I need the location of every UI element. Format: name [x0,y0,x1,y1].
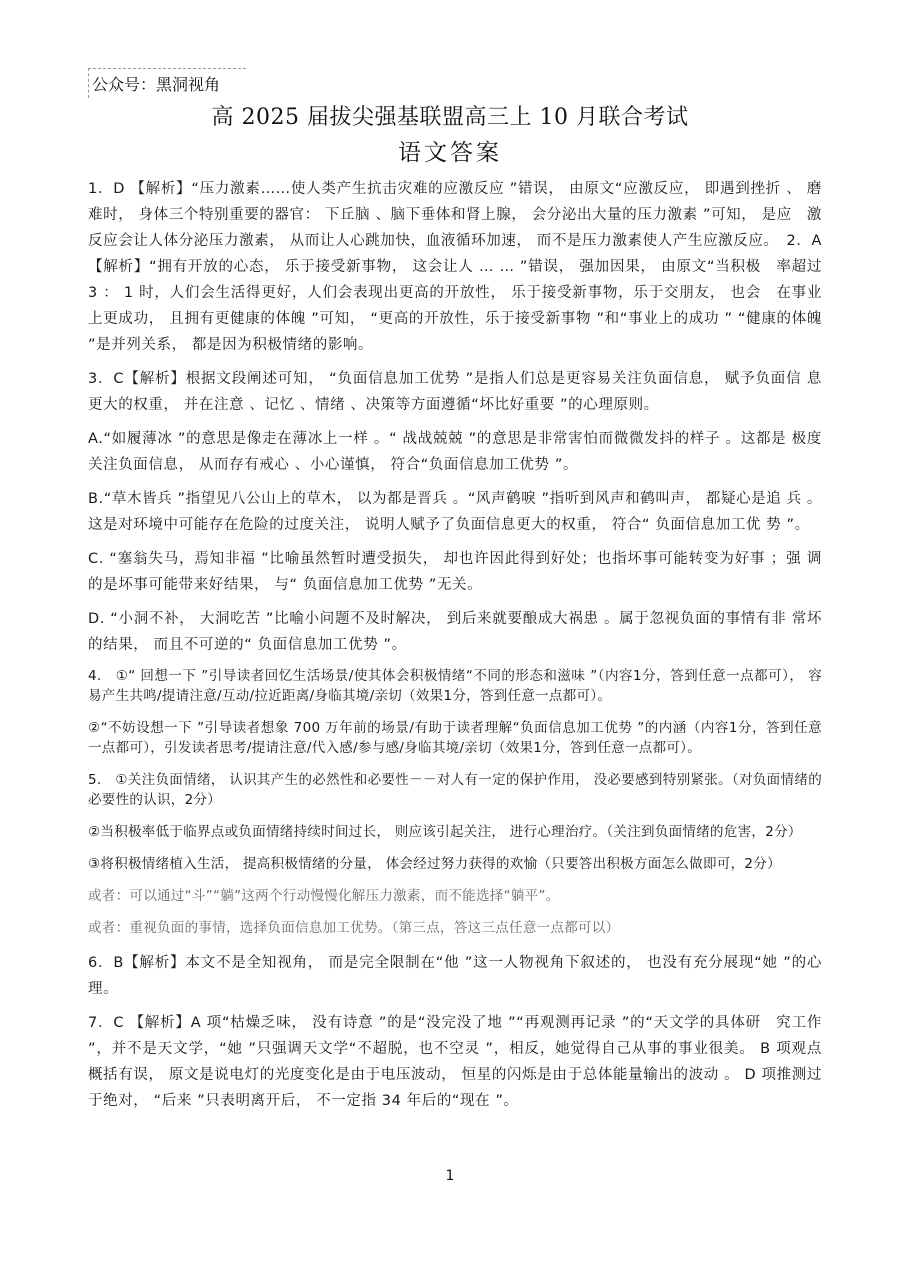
exam-title: 高 2025 届拔尖强基联盟高三上 10 月联合考试 [0,100,900,131]
answer-q3-option-a: A.“如履薄冰 ”的意思是像走在薄冰上一样 。“ 战战兢兢 ”的意思是非常害怕而… [88,426,822,478]
answer-q3-option-d: D. “小洞不补， 大洞吃苦 ”比喻小问题不及时解决， 到后来就要酿成大祸患 。… [88,606,822,658]
answer-q5-point-2: ②当积极率低于临界点或负面情绪持续时间过长， 则应该引起关注， 进行心理治疗。（… [88,822,822,842]
answer-content: 1．D 【解析】“压力激素……使人类产生抗击灾难的应激反应 ”错误， 由原文“应… [88,176,822,1122]
answer-q5-point-1: 5. ①关注负面情绪， 认识其产生的必然性和必要性－－对人有一定的保护作用， 没… [88,770,822,810]
page-number: 1 [0,1168,900,1184]
answer-q3: 3．C【解析】根据文段阐述可知， “负面信息加工优势 ”是指人们总是更容易关注负… [88,366,822,418]
answer-q4-point-1: 4. ①“ 回想一下 ”引导读者回忆生活场景/使其体会积极情绪“不同的形态和滋味… [88,666,822,706]
answer-q5-alternative-1: 或者：可以通过“斗”“躺”这两个行动慢慢化解压力激素，而不能选择“躺平”。 [88,886,822,906]
answer-q5-alternative-2: 或者：重视负面的事情，选择负面信息加工优势。（第三点，答这三点任意一点都可以） [88,918,822,938]
answer-q1-q2: 1．D 【解析】“压力激素……使人类产生抗击灾难的应激反应 ”错误， 由原文“应… [88,176,822,358]
answer-q3-option-c: C. “塞翁失马，焉知非福 ”比喻虽然暂时遭受损失， 却也许因此得到好处；也指坏… [88,546,822,598]
answer-q3-option-b: B.“草木皆兵 ”指望见八公山上的草木， 以为都是晋兵 。“风声鹤唳 ”指听到风… [88,486,822,538]
answer-q5-point-3: ③将积极情绪植入生活， 提高积极情绪的分量， 体会经过努力获得的欢愉（只要答出积… [88,854,822,874]
watermark-text: 公众号：黑洞视角 [88,68,246,98]
answer-q6: 6．B【解析】本文不是全知视角， 而是完全限制在“他 ”这一人物视角下叙述的， … [88,950,822,1002]
answer-q4-point-2: ②“不妨设想一下 ”引导读者想象 700 万年前的场景/有助于读者理解“负面信息… [88,718,822,758]
document-subtitle: 语文答案 [0,134,900,167]
answer-q7: 7．C 【解析】A 项“枯燥乏味， 没有诗意 ”的是“没完没了地 ”“再观测再记… [88,1010,822,1114]
